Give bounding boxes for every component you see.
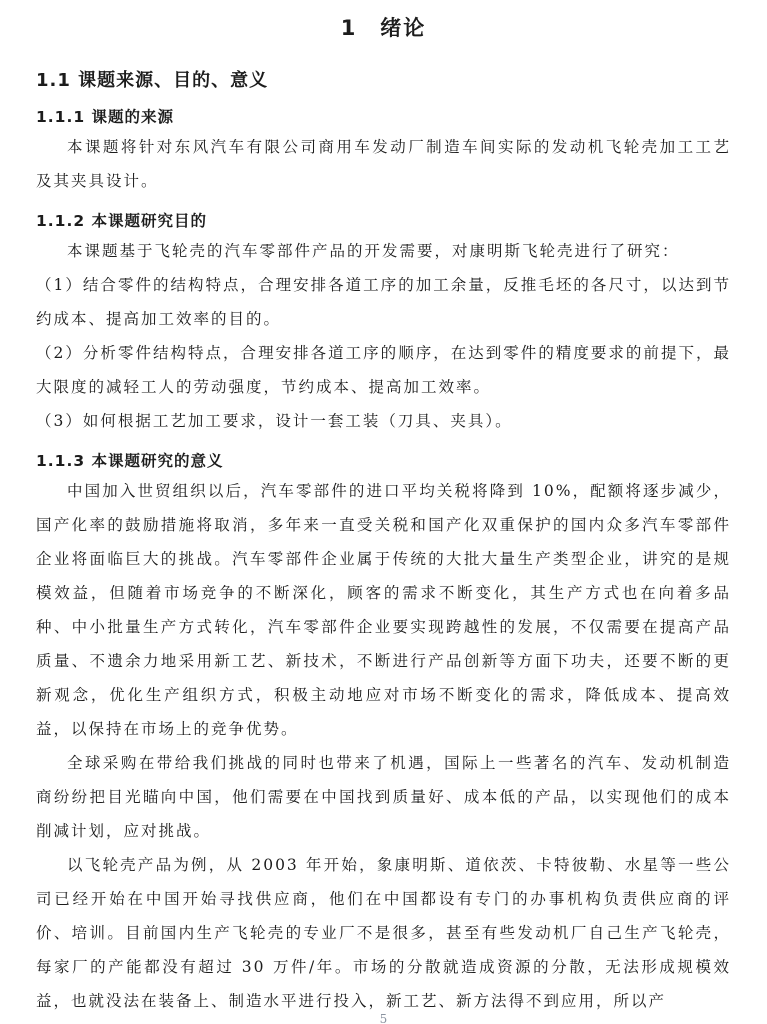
- research-purpose-item-2: （2）分析零件结构特点，合理安排各道工序的顺序，在达到零件的精度要求的前提下，最…: [36, 336, 731, 404]
- paragraph-significance-1: 中国加入世贸组织以后，汽车零部件的进口平均关税将降到 10%，配额将逐步减少，国…: [36, 474, 731, 746]
- page-number: 5: [0, 1012, 767, 1024]
- paragraph-research-purpose-intro: 本课题基于飞轮壳的汽车零部件产品的开发需要，对康明斯飞轮壳进行了研究：: [36, 234, 731, 268]
- paragraph-topic-source: 本课题将针对东风汽车有限公司商用车发动厂制造车间实际的发动机飞轮壳加工工艺及其夹…: [36, 130, 731, 198]
- subsection-heading-1-1-3: 1.1.3 本课题研究的意义: [36, 448, 731, 474]
- research-purpose-item-1: （1）结合零件的结构特点，合理安排各道工序的加工余量，反推毛坯的各尺寸，以达到节…: [36, 268, 731, 336]
- chapter-title: 1 绪论: [36, 8, 731, 48]
- section-heading-1-1: 1.1 课题来源、目的、意义: [36, 68, 731, 94]
- document-content: 1 绪论 1.1 课题来源、目的、意义 1.1.1 课题的来源 本课题将针对东风…: [0, 0, 767, 1018]
- paragraph-significance-3: 以飞轮壳产品为例，从 2003 年开始，象康明斯、道依茨、卡特彼勒、水星等一些公…: [36, 848, 731, 1018]
- paragraph-significance-2: 全球采购在带给我们挑战的同时也带来了机遇，国际上一些著名的汽车、发动机制造商纷纷…: [36, 746, 731, 848]
- subsection-heading-1-1-2: 1.1.2 本课题研究目的: [36, 208, 731, 234]
- document-page: 1 绪论 1.1 课题来源、目的、意义 1.1.1 课题的来源 本课题将针对东风…: [0, 0, 767, 1024]
- research-purpose-item-3: （3）如何根据工艺加工要求，设计一套工装（刀具、夹具）。: [36, 404, 731, 438]
- subsection-heading-1-1-1: 1.1.1 课题的来源: [36, 104, 731, 130]
